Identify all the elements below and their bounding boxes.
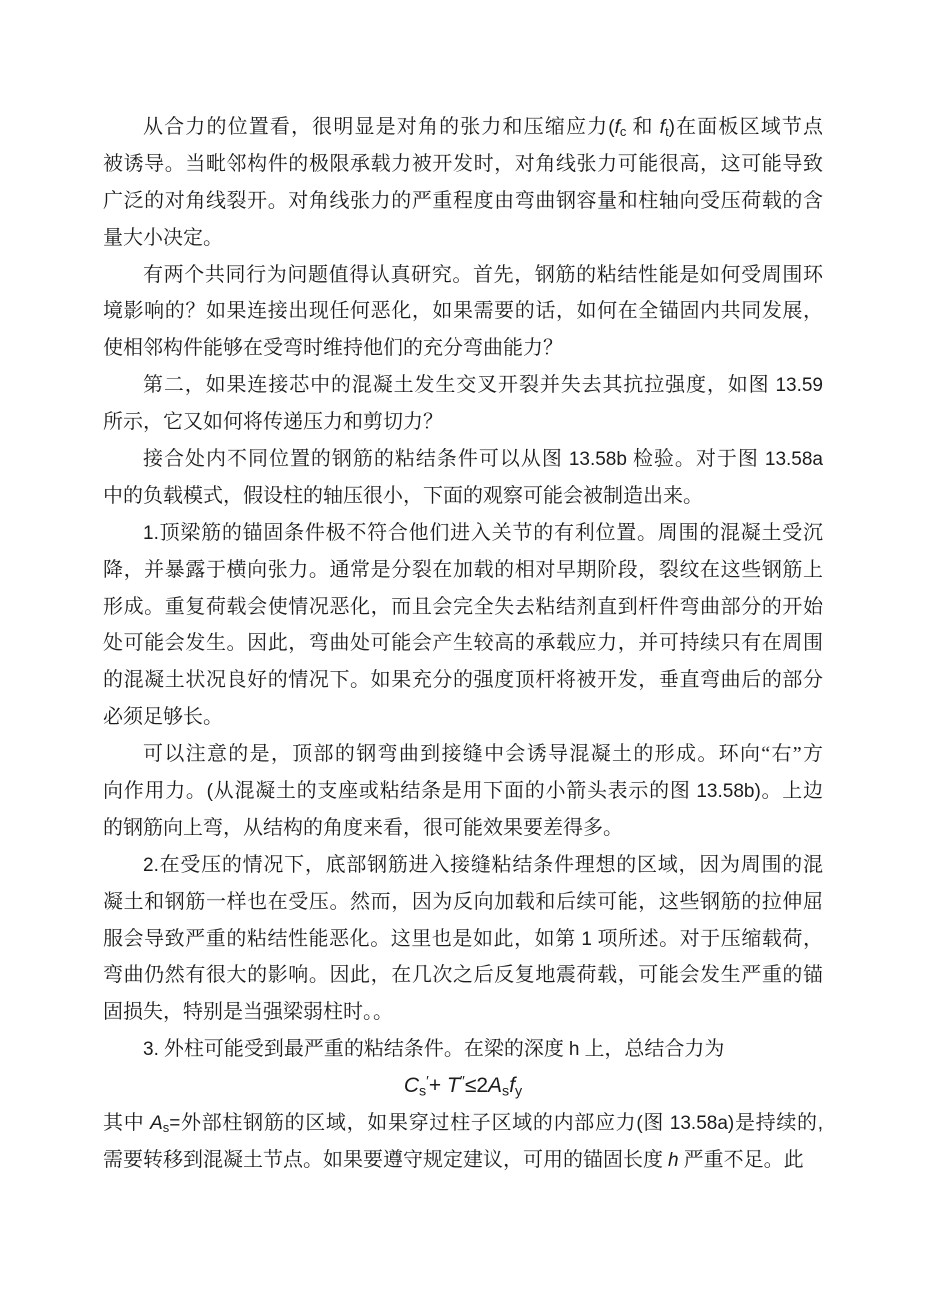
text-line: 接合处内不同位置的钢筋的粘结条件可以从图 13.58b 检验。对于图 13.58… — [103, 441, 823, 478]
text-line: 降，并暴露于横向张力。通常是分裂在加载的相对早期阶段，裂纹在这些钢筋上 — [103, 552, 823, 589]
text-run: 13.58b — [569, 449, 627, 470]
text-run: , — [818, 1113, 823, 1134]
text-line: 形成。重复荷载会使情况恶化，而且会完全失去粘结剂直到杆件弯曲部分的开始 — [103, 589, 823, 626]
text-run: 13.58a — [765, 449, 823, 470]
text-line: 弯曲仍然有很大的影响。因此，在几次之后反复地震荷载，可能会发生严重的锚 — [103, 957, 823, 994]
text-line: 中的负载模式，假设柱的轴压很小，下面的观察可能会被制造出来。 — [103, 478, 823, 515]
text-run: h — [668, 1150, 679, 1171]
text-line: 使相邻构件能够在受弯时维持他们的充分弯曲能力？ — [103, 330, 823, 367]
text-run: Cs′+ T″≤2Asfy — [404, 1074, 522, 1097]
document-body: 从合力的位置看，很明显是对角的张力和压缩应力(fc 和 ft)在面板区域节点被诱… — [103, 109, 823, 1179]
text-line: 2.在受压的情况下，底部钢筋进入接缝粘结条件理想的区域，因为周围的混 — [103, 847, 823, 884]
text-run: 1 — [581, 929, 592, 950]
text-run: ( — [207, 781, 213, 802]
text-line: 其中 As=外部柱钢筋的区域，如果穿过柱子区域的内部应力(图 13.58a)是持… — [103, 1105, 823, 1142]
text-run: h — [569, 1039, 580, 1060]
text-line: 1.顶梁筋的锚固条件极不符合他们进入关节的有利位置。周围的混凝土受沉 — [103, 515, 823, 552]
text-line: 可以注意的是，顶部的钢弯曲到接缝中会诱导混凝土的形成。环向“右”方 — [103, 736, 823, 773]
text-line: 需要转移到混凝土节点。如果要遵守规定建议，可用的锚固长度 h 严重不足。此 — [103, 1142, 823, 1179]
page: { "page": { "background_color": "#ffffff… — [0, 0, 926, 1309]
text-line: 3. 外柱可能受到最严重的粘结条件。在梁的深度 h 上，总结合力为 — [103, 1031, 823, 1068]
equation: Cs′+ T″≤2Asfy — [103, 1068, 823, 1105]
text-line: 被诱导。当毗邻构件的极限承载力被开发时，对角线张力可能很高，这可能导致 — [103, 146, 823, 183]
text-run: ( — [636, 1113, 642, 1134]
text-line: 境影响的？如果连接出现任何恶化，如果需要的话，如何在全锚固内共同发展， — [103, 293, 823, 330]
text-run: 3. — [143, 1039, 159, 1060]
superscript: ″ — [460, 1074, 465, 1090]
text-run: 13.58a) — [670, 1113, 734, 1134]
text-run: ft) — [660, 117, 675, 138]
text-line: 第二，如果连接芯中的混凝土发生交叉开裂并失去其抗拉强度，如图 13.59 — [103, 367, 823, 404]
text-run: 13.58b) — [696, 781, 760, 802]
text-line: 向作用力。(从混凝土的支座或粘结条是用下面的小箭头表示的图 13.58b)。上边 — [103, 773, 823, 810]
text-run: 2. — [143, 855, 159, 876]
text-line: 凝土和钢筋一样也在受压。然而，因为反向加载和后续可能，这些钢筋的拉伸屈 — [103, 884, 823, 921]
text-line: 处可能会发生。因此，弯曲处可能会产生较高的承载应力，并可持续只有在周围 — [103, 625, 823, 662]
text-line: 的混凝土状况良好的情况下。如果充分的强度顶杆将被开发，垂直弯曲后的部分 — [103, 662, 823, 699]
italic-variable: A — [150, 1113, 163, 1134]
text-line: 固损失，特别是当强梁弱柱时。。 — [103, 994, 823, 1031]
subscript: s — [163, 1120, 169, 1135]
italic-variable: C — [404, 1074, 419, 1097]
text-line: 服会导致严重的粘结性能恶化。这里也是如此，如第 1 项所述。对于压缩载荷， — [103, 921, 823, 958]
text-line: 广泛的对角线裂开。对角线张力的严重程度由弯曲钢容量和柱轴向受压荷载的含 — [103, 183, 823, 220]
superscript: ′ — [426, 1074, 429, 1090]
text-line: 所示，它又如何将传递压力和剪切力？ — [103, 404, 823, 441]
text-run: 13.59 — [775, 375, 823, 396]
text-run: (fc — [608, 117, 626, 138]
italic-variable: T — [447, 1074, 460, 1097]
text-line: 量大小决定。 — [103, 220, 823, 257]
italic-variable: h — [668, 1150, 679, 1171]
subscript: t — [665, 124, 669, 139]
text-line: 必须足够长。 — [103, 699, 823, 736]
text-run: As= — [150, 1113, 180, 1134]
text-line: 从合力的位置看，很明显是对角的张力和压缩应力(fc 和 ft)在面板区域节点 — [103, 109, 823, 146]
italic-variable: A — [488, 1074, 502, 1097]
text-line: 的钢筋向上弯，从结构的角度来看，很可能效果要差得多。 — [103, 810, 823, 847]
subscript: y — [515, 1084, 522, 1100]
subscript: c — [620, 124, 626, 139]
text-line: 有两个共同行为问题值得认真研究。首先，钢筋的粘结性能是如何受周围环 — [103, 257, 823, 294]
text-run: 1. — [143, 523, 159, 544]
